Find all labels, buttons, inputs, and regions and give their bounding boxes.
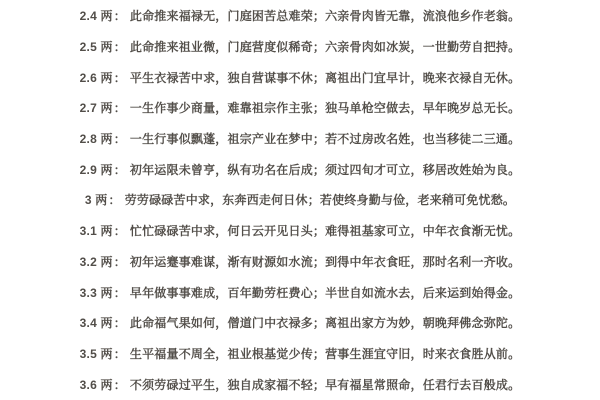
weight-label: 3.2 两 <box>80 255 113 269</box>
verse-row: 2.6 两：平生衣禄苦中求，独自营谋事不休；离祖出门宜早计，晚来衣禄自无休。 <box>0 62 600 93</box>
verse-row: 2.4 两：此命推来福禄无，门庭困苦总难荣；六亲骨肉皆无靠，流浪他乡作老翁。 <box>0 1 600 32</box>
verse-text: 忙忙碌碌苦中求，何日云开见日头；难得祖基家可立，中年衣食渐无忧。 <box>130 224 520 238</box>
verse-text: 一生行事似飘蓬，祖宗产业在梦中；若不过房改名姓，也当移徒二三通。 <box>130 132 520 146</box>
colon-separator: ： <box>114 71 126 85</box>
colon-separator: ： <box>114 132 126 146</box>
verse-text: 此命福气果如何，僧道门中衣禄多；离祖出家方为妙，朝晚拜佛念弥陀。 <box>130 316 520 330</box>
verse-text: 劳劳碌碌苦中求，东奔西走何日休；若使终身勤与俭，老来稍可免忧愁。 <box>125 193 515 207</box>
weight-label: 3 两 <box>85 193 108 207</box>
verse-row: 3.2 两：初年运蹇事难谋，渐有财源如水流；到得中年衣食旺，那时名利一齐收。 <box>0 247 600 278</box>
weight-label: 3.6 两 <box>80 378 113 392</box>
verse-text: 此命推来祖业微，门庭营度似稀奇；六亲骨肉如冰炭，一世勤劳自把持。 <box>130 40 520 54</box>
weight-label: 3.3 两 <box>80 286 113 300</box>
weight-label: 3.1 两 <box>80 224 113 238</box>
verse-list: 2.4 两：此命推来福禄无，门庭困苦总难荣；六亲骨肉皆无靠，流浪他乡作老翁。 2… <box>0 0 600 400</box>
verse-text: 早年做事事难成，百年勤劳枉费心；半世自如流水去，后来运到始得金。 <box>130 286 520 300</box>
colon-separator: ： <box>114 163 126 177</box>
colon-separator: ： <box>109 193 121 207</box>
colon-separator: ： <box>114 224 126 238</box>
colon-separator: ： <box>114 9 126 23</box>
colon-separator: ： <box>114 101 126 115</box>
verse-row: 3.6 两：不须劳碌过平生，独自成家福不轻；早有福星常照命，任君行去百般成。 <box>0 369 600 400</box>
weight-label: 2.9 两 <box>80 163 113 177</box>
weight-label: 2.7 两 <box>80 101 113 115</box>
weight-label: 2.8 两 <box>80 132 113 146</box>
colon-separator: ： <box>114 378 126 392</box>
verse-text: 生平福量不周全，祖业根基觉少传；营事生涯宜守旧，时来衣食胜从前。 <box>130 347 520 361</box>
verse-text: 初年运蹇事难谋，渐有财源如水流；到得中年衣食旺，那时名利一齐收。 <box>130 255 520 269</box>
verse-row: 3.1 两：忙忙碌碌苦中求，何日云开见日头；难得祖基家可立，中年衣食渐无忧。 <box>0 216 600 247</box>
verse-row: 2.8 两：一生行事似飘蓬，祖宗产业在梦中；若不过房改名姓，也当移徒二三通。 <box>0 124 600 155</box>
verse-row: 2.5 两：此命推来祖业微，门庭营度似稀奇；六亲骨肉如冰炭，一世勤劳自把持。 <box>0 32 600 63</box>
verse-row: 3.3 两：早年做事事难成，百年勤劳枉费心；半世自如流水去，后来运到始得金。 <box>0 277 600 308</box>
colon-separator: ： <box>114 347 126 361</box>
weight-label: 3.5 两 <box>80 347 113 361</box>
verse-row: 2.7 两：一生作事少商量，难靠祖宗作主张；独马单枪空做去，早年晚岁总无长。 <box>0 93 600 124</box>
verse-text: 此命推来福禄无，门庭困苦总难荣；六亲骨肉皆无靠，流浪他乡作老翁。 <box>130 9 520 23</box>
verse-row: 3.4 两：此命福气果如何，僧道门中衣禄多；离祖出家方为妙，朝晚拜佛念弥陀。 <box>0 308 600 339</box>
verse-text: 一生作事少商量，难靠祖宗作主张；独马单枪空做去，早年晚岁总无长。 <box>130 101 520 115</box>
colon-separator: ： <box>114 286 126 300</box>
fortune-text-page: 2.4 两：此命推来福禄无，门庭困苦总难荣；六亲骨肉皆无靠，流浪他乡作老翁。 2… <box>0 0 600 400</box>
verse-text: 平生衣禄苦中求，独自营谋事不休；离祖出门宜早计，晚来衣禄自无休。 <box>130 71 520 85</box>
weight-label: 3.4 两 <box>80 316 113 330</box>
verse-row: 3.5 两：生平福量不周全，祖业根基觉少传；营事生涯宜守旧，时来衣食胜从前。 <box>0 339 600 370</box>
weight-label: 2.6 两 <box>80 71 113 85</box>
verse-row: 2.9 两：初年运限未曾亨，纵有功名在后成；须过四旬才可立，移居改姓始为良。 <box>0 154 600 185</box>
verse-text: 初年运限未曾亨，纵有功名在后成；须过四旬才可立，移居改姓始为良。 <box>130 163 520 177</box>
weight-label: 2.4 两 <box>80 9 113 23</box>
verse-row: 3 两：劳劳碌碌苦中求，东奔西走何日休；若使终身勤与俭，老来稍可免忧愁。 <box>0 185 600 216</box>
weight-label: 2.5 两 <box>80 40 113 54</box>
colon-separator: ： <box>114 316 126 330</box>
colon-separator: ： <box>114 255 126 269</box>
verse-text: 不须劳碌过平生，独自成家福不轻；早有福星常照命，任君行去百般成。 <box>130 378 520 392</box>
colon-separator: ： <box>114 40 126 54</box>
